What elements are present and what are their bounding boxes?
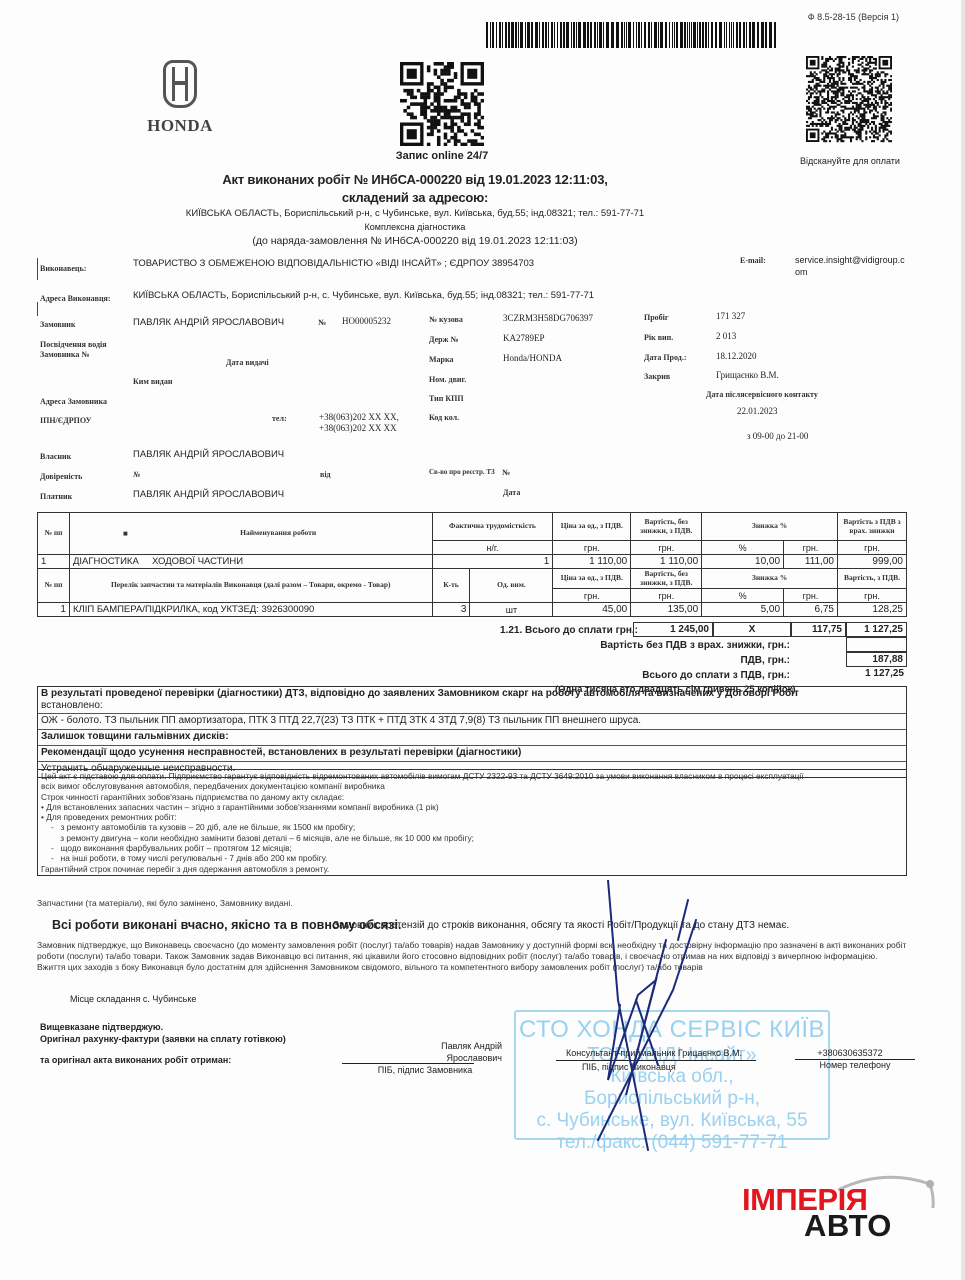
findings-intro: В результаті проведеної перевірки (діагн… xyxy=(38,687,906,713)
warranty-line: з ремонту двигуна – коли необхідно замін… xyxy=(41,833,903,843)
work-disc-pct: 10,00 xyxy=(702,555,784,569)
part-total: 128,25 xyxy=(838,603,907,617)
executor-value: ТОВАРИСТВО З ОБМЕЖЕНОЮ ВІДПОВІДАЛЬНІСТЮ … xyxy=(133,258,534,269)
parts-cost-header: Вартість, без знижки, з ПДВ. xyxy=(631,569,702,589)
customer-label: Замовник xyxy=(40,320,76,329)
closed-by-label: Закрив xyxy=(644,372,670,381)
customer-confirmation-text: Замовник підтверджує, що Виконавець своє… xyxy=(37,940,907,973)
vat-label: ПДВ, грн.: xyxy=(740,655,790,666)
part-disc-pct: 5,00 xyxy=(702,603,784,617)
findings-intro-text: В результаті проведеної перевірки (діагн… xyxy=(41,688,903,700)
act-title: Акт виконаних робіт № ИНбСА-000220 від 1… xyxy=(140,172,690,187)
plate-label: Держ № xyxy=(429,335,458,344)
color-code-label: Код кол. xyxy=(429,413,459,422)
followup-date: 22.01.2023 xyxy=(737,406,778,416)
sale-date-value: 18.12.2020 xyxy=(716,351,757,361)
executor-address-label: Адреса Виконавця: xyxy=(40,294,111,303)
works-parts-table: № пп ■ Найменування роботи Фактична труд… xyxy=(37,512,907,617)
work-name: ДІАГНОСТИКА ХОДОВОЇ ЧАСТИНИ xyxy=(69,555,432,569)
issue-date-label: Дата видачі xyxy=(226,358,269,367)
brake-discs-label: Залишок товщини гальмівних дисків: xyxy=(38,729,906,745)
table-row: 1 ДІАГНОСТИКА ХОДОВОЇ ЧАСТИНИ 1 1 110,00… xyxy=(38,555,907,569)
act-subtitle: складений за адресою: xyxy=(140,190,690,205)
proxy-label: Довіреність xyxy=(40,472,82,481)
work-price: 1 110,00 xyxy=(553,555,631,569)
warranty-line: • Для встановлених запасних частин – згі… xyxy=(41,802,903,812)
part-name: КЛІП БАМПЕРА/ПІДКРИЛКА, код УКТЗЕД: 3926… xyxy=(69,603,432,617)
work-disc-uah: 111,00 xyxy=(784,555,838,569)
works-disc-pct-unit: % xyxy=(702,541,784,555)
parts-disc-uah-unit: грн. xyxy=(784,589,838,603)
grand-total-label: Всього до сплати з ПДВ, грн.: xyxy=(642,670,790,681)
parts-qty-header: К-ть xyxy=(432,569,470,603)
executor-label: Виконавець: xyxy=(40,264,86,273)
warranty-line: Строк чинності гарантійних зобов'язань п… xyxy=(41,792,903,802)
warranty-terms: Цей акт є підставою для оплати. Підприєм… xyxy=(37,769,907,876)
parts-name-header: Перелік запчастин та матеріалів Виконавц… xyxy=(69,569,432,603)
registration-no-label: № xyxy=(502,468,510,477)
vin-label: № кузова xyxy=(429,315,463,324)
sale-date-label: Дата Прод.: xyxy=(644,353,686,362)
customer-signature-caption: ПІБ, підпис Замовника xyxy=(370,1065,480,1075)
works-name-header-text: Найменування роботи xyxy=(240,528,316,537)
document-title: Акт виконаних робіт № ИНбСА-000220 від 1… xyxy=(140,172,690,247)
gearbox-label: Тип КПП xyxy=(429,394,464,403)
payer-value: ПАВЛЯК АНДРІЙ ЯРОСЛАВОВИЧ xyxy=(133,489,284,500)
recommendations-label: Рекомендації щодо усунення несправностей… xyxy=(38,745,906,761)
warranty-line: всіх вимог обслуговування автомобіля, пе… xyxy=(41,781,903,791)
work-no: 1 xyxy=(38,555,70,569)
part-no: 1 xyxy=(38,603,70,617)
confirm-line-1: Вищевказане підтверджую. xyxy=(40,1022,163,1032)
part-price: 45,00 xyxy=(553,603,631,617)
parts-cost-unit: грн. xyxy=(631,589,702,603)
customer-signature-name: Павляк Андрій Ярославович xyxy=(402,1040,502,1064)
parts-disc-pct-unit: % xyxy=(702,589,784,603)
findings-details: ОЖ - болото. ТЗ пыльник ПП амортизатора,… xyxy=(38,713,906,729)
findings-box: В результаті проведеної перевірки (діагн… xyxy=(37,686,907,778)
parts-total-unit: грн. xyxy=(838,589,907,603)
customer-address-label: Адреса Замовника xyxy=(40,397,107,406)
proxy-no-label: № xyxy=(133,470,140,479)
order-reference: (до наряда-замовлення № ИНбСА-000220 від… xyxy=(140,235,690,247)
phone-label: тел: xyxy=(272,414,287,423)
imperia-avto-logo: ІМПЕРІЯ АВТО xyxy=(738,1168,938,1248)
plate-value: KA2789EP xyxy=(503,333,545,343)
email-value[interactable]: service.insight@vidigroup.com xyxy=(795,254,905,278)
tax-id-label: ІПН/ЄДРПОУ xyxy=(40,416,91,425)
parts-no-header: № пп xyxy=(38,569,70,603)
work-labor: 1 xyxy=(432,555,553,569)
booking-qr-code[interactable] xyxy=(400,62,484,146)
mileage-value: 171 327 xyxy=(716,311,745,321)
warranty-line: • Для проведених ремонтних робіт: xyxy=(41,812,903,822)
email-label: E-mail: xyxy=(740,256,766,265)
confirm-line-3: та оригінал акта виконаних робіт отриман… xyxy=(40,1055,231,1065)
issued-by-label: Ким видан xyxy=(133,377,172,386)
works-name-header: ■ Найменування роботи xyxy=(69,513,432,555)
proxy-from-label: від xyxy=(320,470,331,479)
executor-address-value: КИЇВСЬКА ОБЛАСТЬ, Бориспільський р-н, с.… xyxy=(133,290,594,301)
margin-bar xyxy=(37,258,38,280)
mileage-label: Пробіг xyxy=(644,313,669,322)
parts-header-row: № пп Перелік запчастин та матеріалів Вик… xyxy=(38,569,907,589)
parts-price-unit: грн. xyxy=(553,589,631,603)
total-label: 1.21. Всього до сплати грн.: xyxy=(500,625,638,636)
warranty-line: Гарантійний строк починає перебіг з дня … xyxy=(41,864,903,874)
honda-logo: HONDA xyxy=(128,60,232,136)
payer-label: Платник xyxy=(40,492,72,501)
contact-phone: +380630635372 xyxy=(790,1048,910,1058)
findings-established: встановлено: xyxy=(41,700,903,712)
make-label: Марка xyxy=(429,355,454,364)
customer-signature-line xyxy=(342,1063,474,1064)
place-of-drafting: Місце складання с. Чубинське xyxy=(70,994,196,1004)
marker-icon: ■ xyxy=(123,529,128,538)
owner-label: Власник xyxy=(40,452,71,461)
works-disc-uah-unit: грн. xyxy=(784,541,838,555)
total-cost: 1 245,00 xyxy=(633,622,713,637)
grand-total-value: 1 127,25 xyxy=(846,668,904,679)
warranty-line: - щодо виконання фарбувальних робіт – пр… xyxy=(41,843,903,853)
handwritten-signature xyxy=(578,880,738,1160)
followup-label: Дата післясервісного контакту xyxy=(706,390,818,399)
page-edge xyxy=(961,0,965,1280)
warranty-line: Цей акт є підставою для оплати. Підприєм… xyxy=(41,771,903,781)
owner-value: ПАВЛЯК АНДРІЙ ЯРОСЛАВОВИЧ xyxy=(133,449,284,460)
works-discount-header: Знижка % xyxy=(702,513,838,541)
total-sum: 1 127,25 xyxy=(846,622,907,637)
form-code: Ф 8.5-28-15 (Версія 1) xyxy=(808,12,899,22)
customer-phone-1: +38(063)202 XX XX, xyxy=(319,412,399,422)
works-price-unit: грн. xyxy=(553,541,631,555)
booking-qr-caption: Запис online 24/7 xyxy=(380,150,504,162)
part-cost: 135,00 xyxy=(631,603,702,617)
parts-total-header: Вартість, з ПДВ. xyxy=(838,569,907,589)
engine-no-label: Ном. двиг. xyxy=(429,375,466,384)
part-unit: шт xyxy=(470,603,553,617)
parts-returned-note: Запчастини (та матеріали), які було замі… xyxy=(37,898,293,908)
works-cost-header: Вартість, без знижки, з ПДВ. xyxy=(631,513,702,541)
vat-value: 187,88 xyxy=(846,652,907,667)
parts-discount-header: Знижка % xyxy=(702,569,838,589)
driver-license-label: Посвідчення водія Замовника № xyxy=(40,340,130,360)
year-value: 2 013 xyxy=(716,331,736,341)
closed-by-value: Грищаєнко В.М. xyxy=(716,370,779,380)
service-type: Комплексна діагностика xyxy=(140,222,690,232)
works-no-header: № пп xyxy=(38,513,70,555)
margin-bar xyxy=(37,302,38,316)
barcode xyxy=(486,22,778,48)
phone-caption: Номер телефону xyxy=(800,1060,910,1070)
parts-unit-header: Од. вим. xyxy=(470,569,553,603)
act-address: КИЇВСЬКА ОБЛАСТЬ, Бориспільський р-н, с … xyxy=(140,208,690,219)
table-row: 1 КЛІП БАМПЕРА/ПІДКРИЛКА, код УКТЗЕД: 39… xyxy=(38,603,907,617)
part-disc-uah: 6,75 xyxy=(784,603,838,617)
parts-price-header: Ціна за од., з ПДВ. xyxy=(553,569,631,589)
warranty-line: - з ремонту автомобілів та кузовів – 20 … xyxy=(41,822,903,832)
warranty-line: - на інші роботи, в тому числі регулювал… xyxy=(41,853,903,863)
followup-time: з 09-00 до 21-00 xyxy=(747,431,808,441)
work-cost: 1 110,00 xyxy=(631,555,702,569)
works-price-header: Ціна за од., з ПДВ. xyxy=(553,513,631,541)
payment-qr-caption: Відскануйте для оплати xyxy=(790,156,910,166)
labor-header: Фактична трудомісткість xyxy=(432,513,553,541)
total-x: Х xyxy=(713,622,791,637)
honda-wordmark: HONDA xyxy=(128,116,232,136)
part-qty: 3 xyxy=(432,603,470,617)
payment-qr-code[interactable] xyxy=(806,56,892,144)
registration-date-label: Дата xyxy=(503,488,520,497)
novat-value xyxy=(846,637,907,652)
works-total-header: Вартість з ПДВ з врах. знижки xyxy=(838,513,907,541)
novat-label: Вартість без ПДВ з врах. знижки, грн.: xyxy=(600,640,790,651)
year-label: Рік вип. xyxy=(644,333,673,342)
works-header-row: № пп ■ Найменування роботи Фактична труд… xyxy=(38,513,907,541)
total-discount: 117,75 xyxy=(791,622,846,637)
registration-label: Св-во про реєстр. ТЗ xyxy=(429,468,499,477)
works-cost-unit: грн. xyxy=(631,541,702,555)
confirm-line-2: Оригінал рахунку-фактури (заявки на спла… xyxy=(40,1034,286,1044)
honda-emblem-icon xyxy=(163,60,197,108)
vin-value: 3CZRM3H58DG706397 xyxy=(503,313,593,323)
customer-no-value: НО00005232 xyxy=(342,316,391,326)
make-value: Honda/HONDA xyxy=(503,353,562,363)
works-total-unit: грн. xyxy=(838,541,907,555)
customer-no-label: № xyxy=(318,318,326,327)
brand-word-2: АВТО xyxy=(804,1208,892,1244)
work-total: 999,00 xyxy=(838,555,907,569)
labor-unit: н/г. xyxy=(432,541,553,555)
customer-phone-2: +38(063)202 XX XX xyxy=(319,423,397,433)
customer-name: ПАВЛЯК АНДРІЙ ЯРОСЛАВОВИЧ xyxy=(133,317,284,328)
